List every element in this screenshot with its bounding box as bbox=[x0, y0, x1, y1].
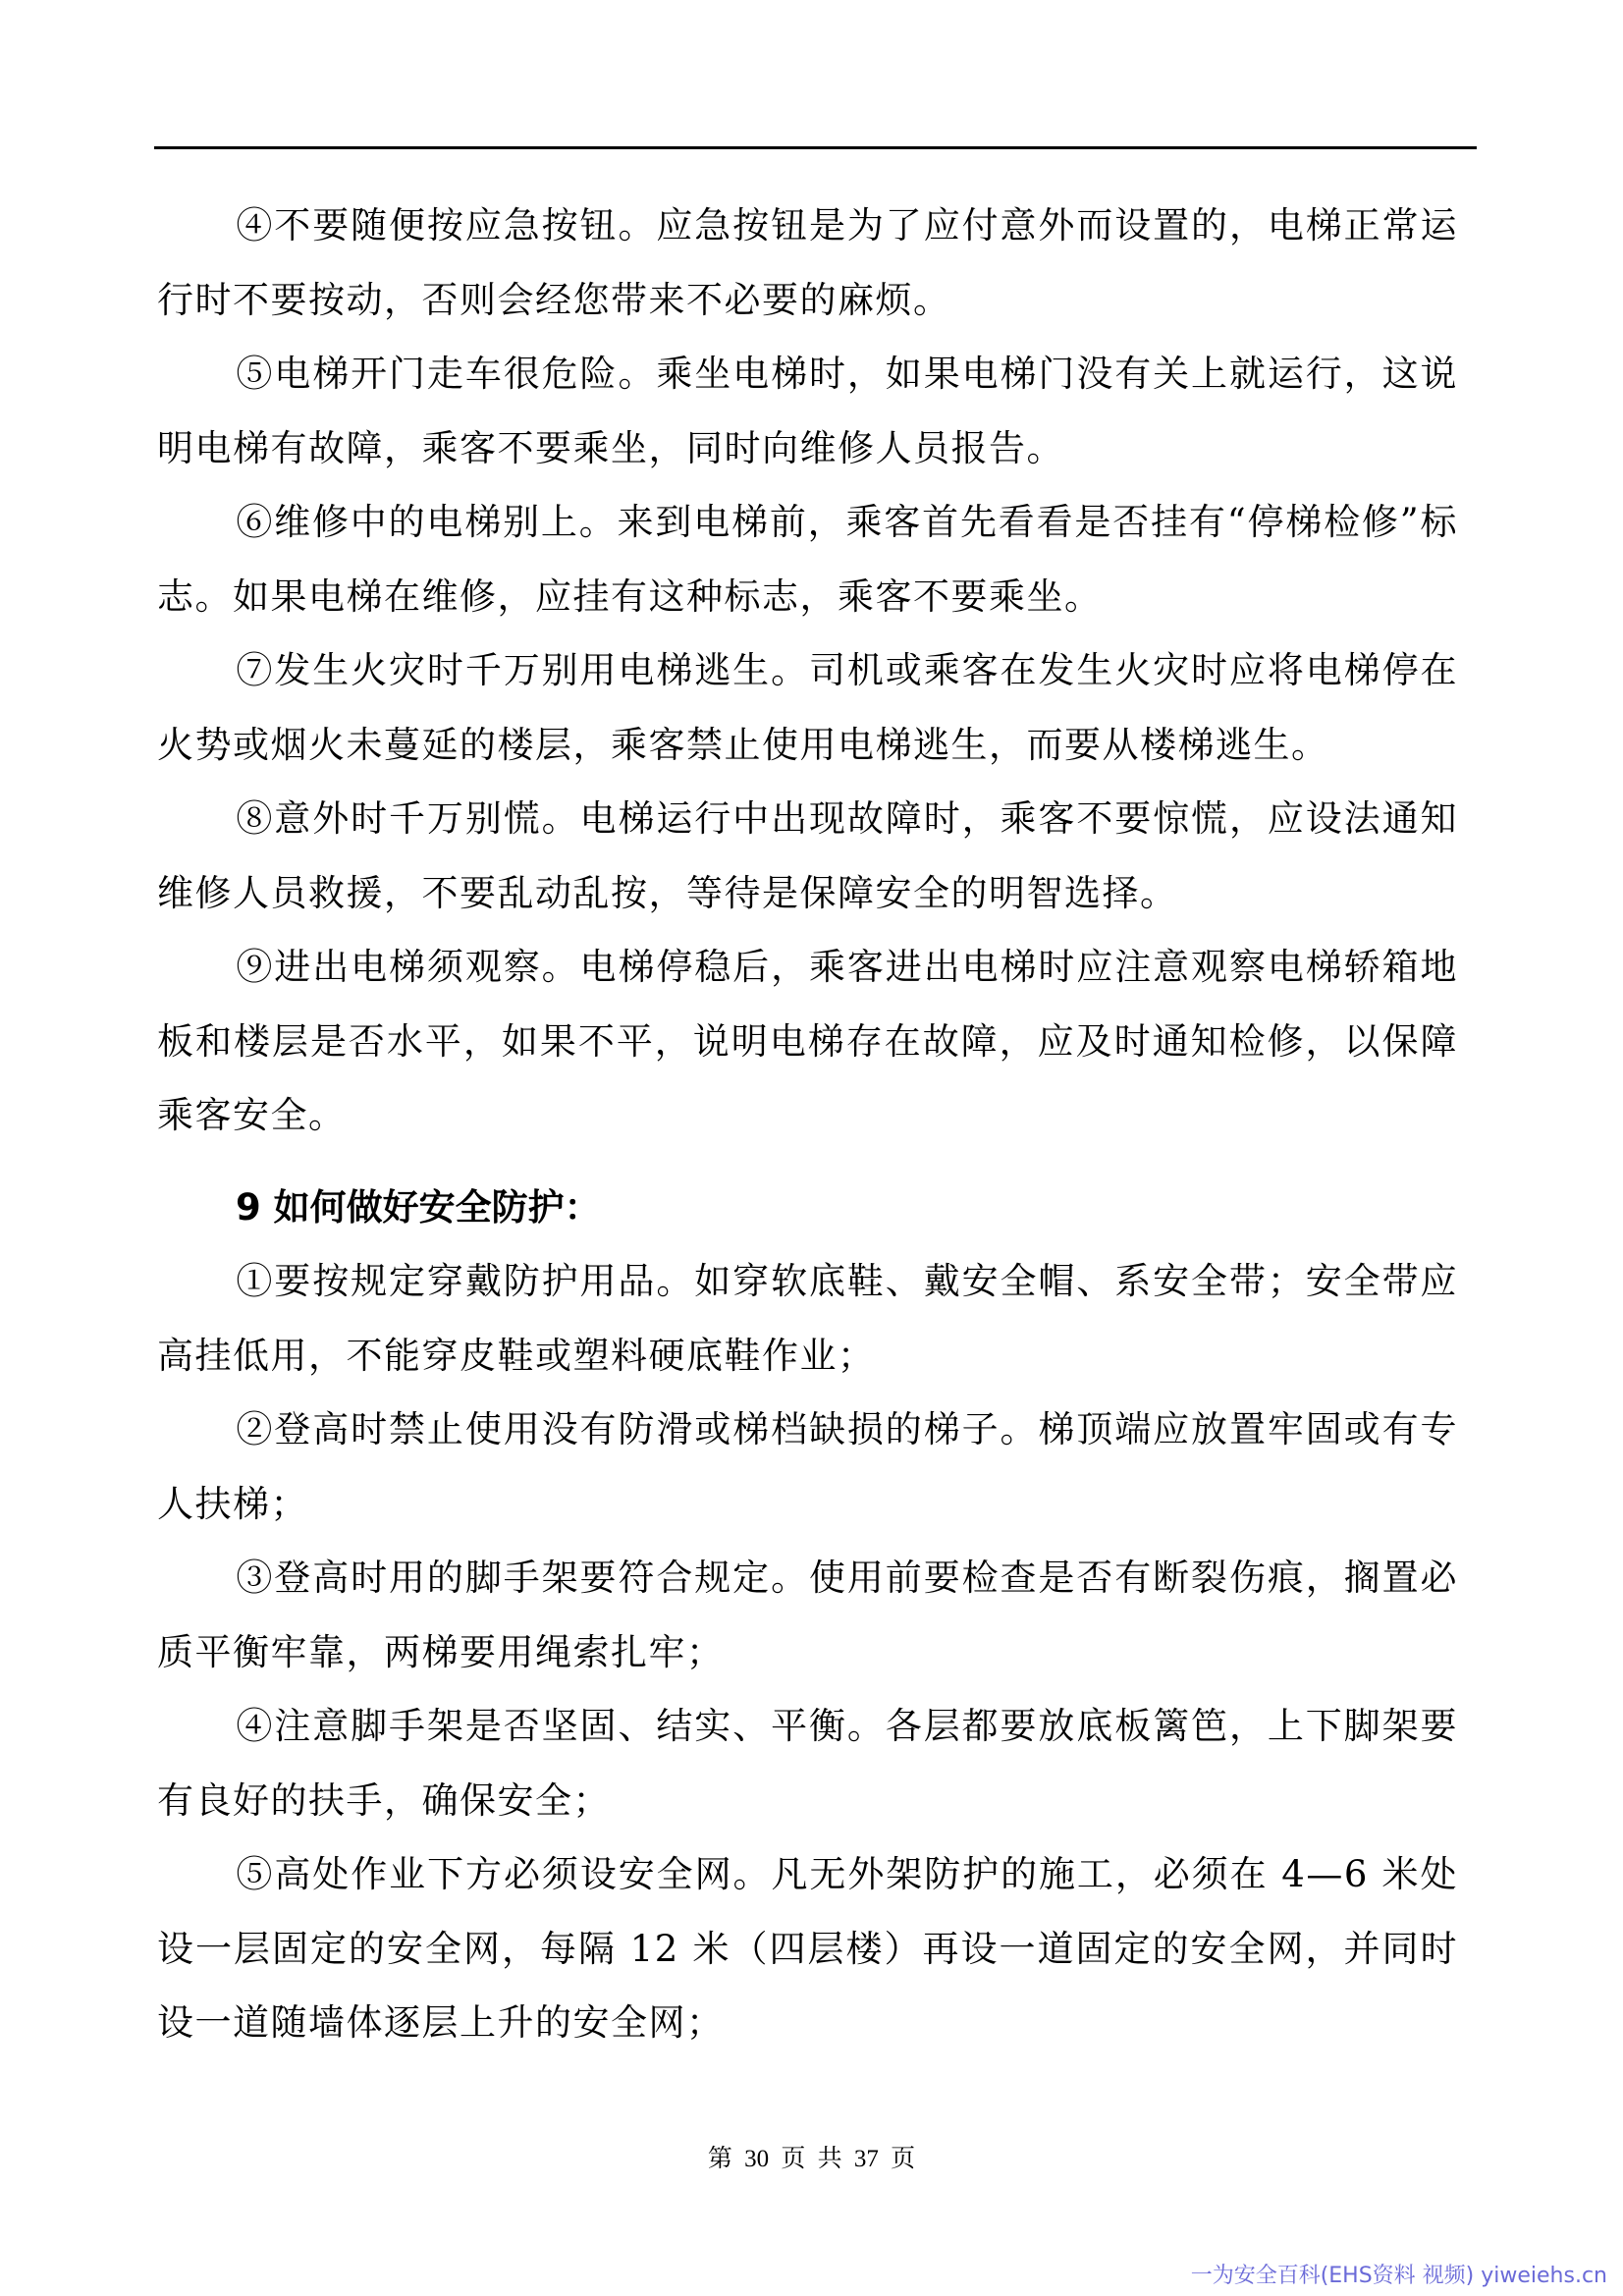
paragraph-elevator-6: ⑥维修中的电梯别上。来到电梯前，乘客首先看看是否挂有“停梯检修”标志。如果电梯在… bbox=[157, 485, 1458, 633]
paragraph-elevator-8: ⑧意外时千万别慌。电梯运行中出现故障时，乘客不要惊慌，应设法通知维修人员救援，不… bbox=[157, 782, 1458, 930]
paragraph-elevator-9: ⑨进出电梯须观察。电梯停稳后，乘客进出电梯时应注意观察电梯轿箱地板和楼层是否水平… bbox=[157, 930, 1458, 1153]
paragraph-protection-1: ①要按规定穿戴防护用品。如穿软底鞋、戴安全帽、系安全带；安全带应高挂低用，不能穿… bbox=[157, 1244, 1458, 1393]
paragraph-protection-2: ②登高时禁止使用没有防滑或梯档缺损的梯子。梯顶端应放置牢固或有专人扶梯； bbox=[157, 1393, 1458, 1541]
paragraph-elevator-7: ⑦发生火灾时千万别用电梯逃生。司机或乘客在发生火灾时应将电梯停在火势或烟火未蔓延… bbox=[157, 633, 1458, 782]
paragraph-protection-4: ④注意脚手架是否坚固、结实、平衡。各层都要放底板篱笆，上下脚架要有良好的扶手，确… bbox=[157, 1689, 1458, 1837]
page-number: 第 30 页 共 37 页 bbox=[0, 2139, 1623, 2174]
document-body: ④不要随便按应急按钮。应急按钮是为了应付意外而设置的，电梯正常运行时不要按动，否… bbox=[157, 189, 1458, 2060]
watermark: 一为安全百科(EHS资料 视频) yiweiehs.cn bbox=[1191, 2259, 1607, 2289]
paragraph-protection-5: ⑤高处作业下方必须设安全网。凡无外架防护的施工，必须在 4—6 米处设一层固定的… bbox=[157, 1837, 1458, 2060]
paragraph-elevator-5: ⑤电梯开门走车很危险。乘坐电梯时，如果电梯门没有关上就运行，这说明电梯有故障，乘… bbox=[157, 337, 1458, 485]
paragraph-elevator-4: ④不要随便按应急按钮。应急按钮是为了应付意外而设置的，电梯正常运行时不要按动，否… bbox=[157, 189, 1458, 337]
section-heading: 9 如何做好安全防护： bbox=[157, 1171, 1458, 1245]
header-rule bbox=[154, 146, 1477, 149]
paragraph-protection-3: ③登高时用的脚手架要符合规定。使用前要检查是否有断裂伤痕，搁置必质平衡牢靠，两梯… bbox=[157, 1541, 1458, 1689]
